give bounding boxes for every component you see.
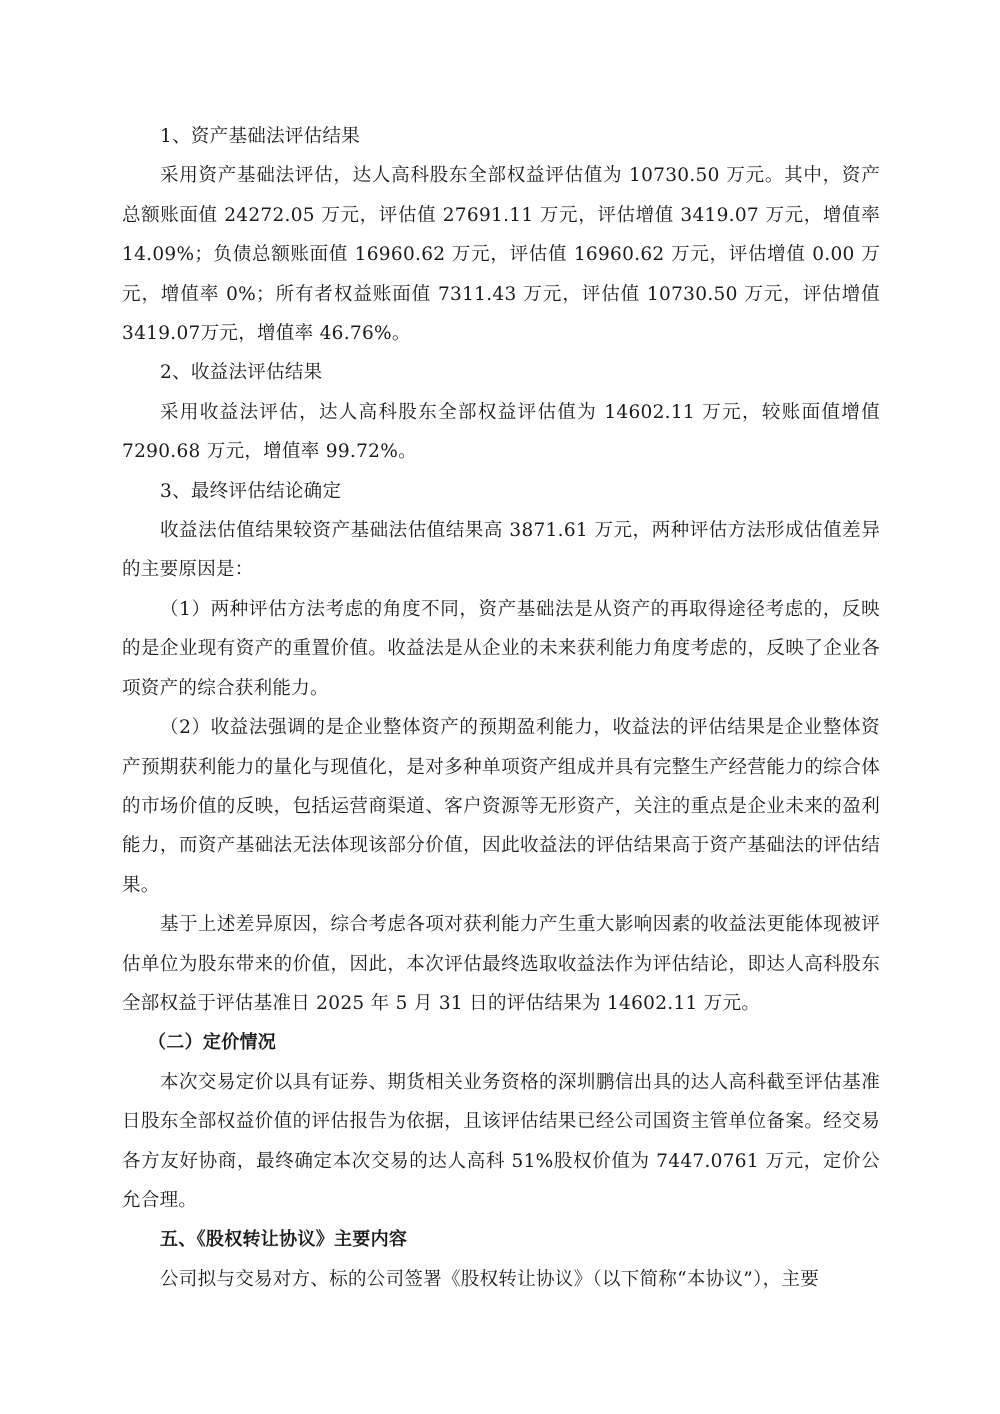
document-page: 1、资产基础法评估结果 采用资产基础法评估，达人高科股东全部权益评估值为 107… (122, 117, 880, 1299)
paragraph-asset-based-result: 采用资产基础法评估，达人高科股东全部权益评估值为 10730.50 万元。其中，… (122, 156, 880, 353)
paragraph-income-result: 采用收益法评估，达人高科股东全部权益评估值为 14602.11 万元，较账面值增… (122, 393, 880, 472)
paragraph-difference-intro: 收益法估值结果较资产基础法估值结果高 3871.61 万元，两种评估方法形成估值… (122, 511, 880, 590)
subheading-asset-based-method: 1、资产基础法评估结果 (122, 117, 880, 156)
heading-agreement-main-content: 五、《股权转让协议》主要内容 (122, 1220, 880, 1259)
paragraph-reason-1: （1）两种评估方法考虑的角度不同，资产基础法是从资产的再取得途径考虑的，反映的是… (122, 590, 880, 708)
paragraph-agreement-intro: 公司拟与交易对方、标的公司签署《股权转让协议》（以下简称“本协议”），主要 (122, 1260, 880, 1299)
subheading-income-method: 2、收益法评估结果 (122, 353, 880, 392)
heading-pricing: （二）定价情况 (122, 1023, 880, 1062)
paragraph-pricing: 本次交易定价以具有证券、期货相关业务资格的深圳鹏信出具的达人高科截至评估基准日股… (122, 1063, 880, 1221)
paragraph-final-selection: 基于上述差异原因，综合考虑各项对获利能力产生重大影响因素的收益法更能体现被评估单… (122, 905, 880, 1023)
subheading-final-conclusion: 3、最终评估结论确定 (122, 472, 880, 511)
paragraph-reason-2: （2）收益法强调的是企业整体资产的预期盈利能力，收益法的评估结果是企业整体资产预… (122, 708, 880, 905)
